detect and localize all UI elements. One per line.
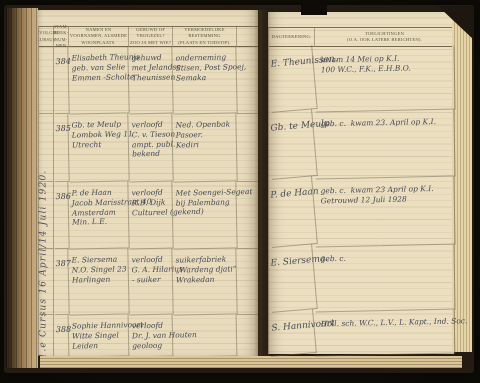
register-photo: 21.e Cursus 16 April/14 Juli 1920. GEVOL… xyxy=(0,0,480,383)
left-register-table: GEVOLGDE CURSUS STAM- BOEK- NUM- MER NAM… xyxy=(38,26,258,356)
cell-marital: verloofd R.B. Dijk Cultureel (gekend) xyxy=(128,182,173,250)
cell-marital: gehuwd met Jelandse Theunissen xyxy=(128,47,173,115)
cell-destination: Ned. Openbak Pasoer. Kediri xyxy=(172,113,237,182)
column-header-dagteekening: DAGTEEKENING. xyxy=(269,28,315,47)
cursus-margin-note: 21.e Cursus 16 April/14 Juli 1920. xyxy=(39,66,52,357)
column-header-gehuwd: GEHUWD OF VRIJGEZEL? ZOO JA MET WIE? xyxy=(129,27,173,47)
right-register-table: DAGTEEKENING. TOELICHTINGEN (O.A. OOK LA… xyxy=(268,27,455,355)
cell-destination: onderneming Stisen, Post Spoej, Semaka xyxy=(172,46,237,114)
cell-signature: Gb. te Meulp xyxy=(266,109,318,180)
cell-notes: geb. c. kwam 23 April op K.I. Getrouwd 1… xyxy=(314,177,455,248)
cell-name: Sophie Hannivoort Witte Singel Leiden xyxy=(69,314,130,356)
cell-number: 387 xyxy=(53,249,69,315)
cell-destination: suikerfabriek „Wardeng djati” Wrakedan xyxy=(172,248,237,315)
column-header-stamboeknummer: STAM- BOEK- NUM- MER xyxy=(54,27,69,47)
cell-marital: verloofd G. A. Hilarius - suiker xyxy=(128,249,173,316)
left-page: 21.e Cursus 16 April/14 Juli 1920. GEVOL… xyxy=(38,10,258,356)
column-header-cursus: GEVOLGDE CURSUS xyxy=(39,27,54,47)
column-header-toelichtingen: TOELICHTINGEN (O.A. OOK LATERE BERICHTEN… xyxy=(315,28,455,47)
cell-destination: Met Soengei-Segeat bij Palembang xyxy=(172,181,237,249)
cell-marital: verloofd Dr. J. van Houten geoloog xyxy=(129,315,174,356)
cell-name: E. Siersema N.O. Singel 23 Harlingen xyxy=(68,248,129,315)
cell-number: 385 xyxy=(53,114,69,182)
page-stack-bottom-edge xyxy=(40,356,462,368)
cell-signature: S. Hannivoort xyxy=(267,309,317,357)
book-tab xyxy=(301,2,327,15)
column-header-namen-woonplaats: NAMEN EN VOORNAMEN, ALSMEDE WOONPLAATS. xyxy=(69,27,129,47)
cell-name: P. de Haan Jacob Marisstraat 40 Amsterda… xyxy=(68,181,129,249)
cell-notes: geb. c. xyxy=(314,245,455,313)
column-header-bestemming: VERMOEDELIJKE BESTEMMING (PLAATS EN TIJD… xyxy=(173,27,237,47)
book-spine-edge xyxy=(6,8,38,368)
cell-marital: verloofd C. v. Tieson ampt. publ. bekend xyxy=(128,114,173,183)
cell-notes: Holl. sch. W.C., L.V., L. Kapt., Ind. So… xyxy=(315,310,456,357)
cell-number: 384 xyxy=(53,47,69,114)
cell-name: Elisabeth Theunis geb. van Selie Emmen -… xyxy=(68,46,129,114)
cell-number: 388 xyxy=(54,315,70,356)
cell-notes: geb. c. kwam 23. April op K.I. xyxy=(314,110,455,180)
cell-signature: E. Theunissen. xyxy=(266,45,317,113)
cell-notes: kwam 14 Mei op K.I. 100 W.C., F.K., E.H.… xyxy=(314,46,455,113)
right-page: DAGTEEKENING. TOELICHTINGEN (O.A. OOK LA… xyxy=(268,12,454,354)
book-gutter xyxy=(254,10,270,356)
cell-name: Gb. te Meulp Lombok Weg 11 Utrecht xyxy=(68,113,129,182)
cell-signature: E. Siersema. xyxy=(266,244,317,313)
cell-number: 386 xyxy=(53,182,69,249)
cell-destination xyxy=(173,314,238,356)
cell-signature: P. de Haan xyxy=(266,176,318,248)
